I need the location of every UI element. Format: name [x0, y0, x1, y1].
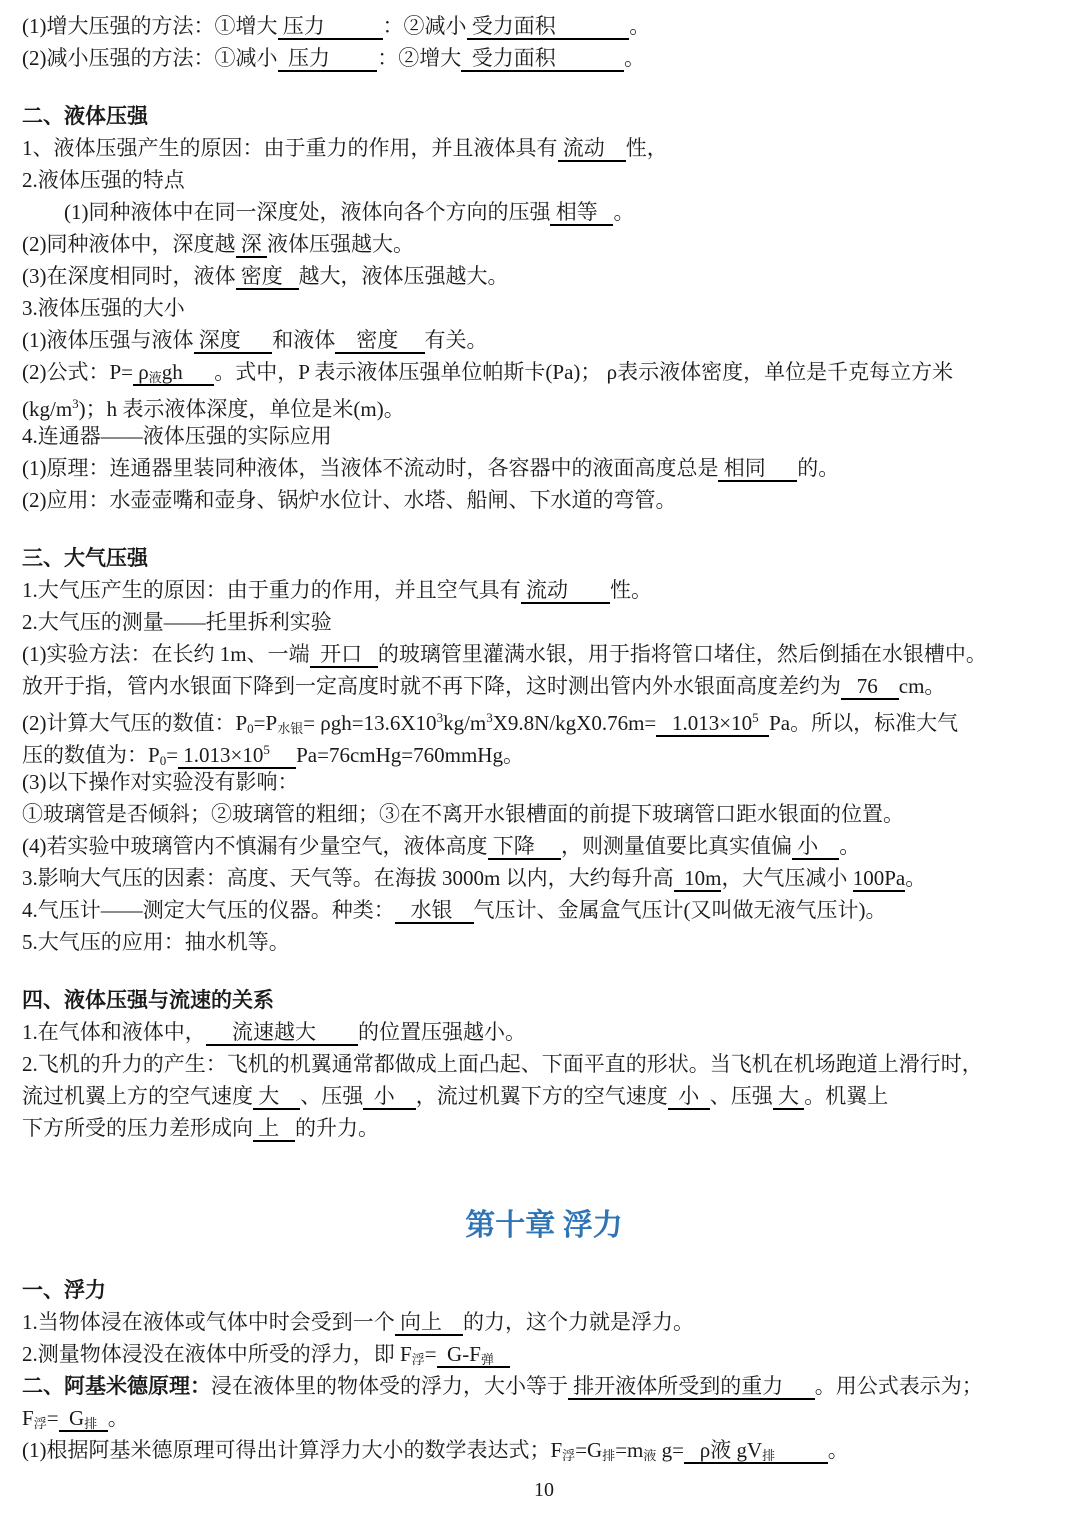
- para-feature-2: (2)同种液体中，深度越 深 液体压强越大。: [22, 228, 1066, 260]
- para-atm-factors: 3.影响大气压的因素：高度、天气等。在海拔 3000m 以内，大约每升高 10m…: [22, 862, 1066, 894]
- text-run: [97, 1406, 108, 1430]
- blank-answer: 76: [841, 674, 899, 700]
- text-run: 10m: [674, 866, 722, 890]
- para-experiment-method-2: 放开于指，管内水银面下降到一定高度时就不再下降，这时测出管内外水银面高度差约为 …: [22, 670, 1066, 702]
- blank-answer: 开口: [310, 642, 378, 668]
- blank-answer: 压力: [278, 14, 383, 40]
- text-run: 2.飞机的升力的产生：飞机的机翼通常都做成上面凸起、下面平直的形状。当飞机在机场…: [22, 1052, 983, 1076]
- text-run: 性，: [626, 136, 668, 160]
- para-feature-3: (3)在深度相同时，液体 密度 越大，液体压强越大。: [22, 260, 1066, 292]
- section-heading-atmospheric-pressure: 三、大气压强: [22, 542, 1066, 574]
- text-run: 、压强: [710, 1084, 773, 1108]
- para-decrease-pressure: (2)减小压强的方法：①减小 压力 ：②增大 受力面积 。: [22, 42, 1066, 74]
- text-run: 有关。: [425, 328, 488, 352]
- blank-answer: 流速越大: [206, 1020, 358, 1046]
- text-run: 气压计、金属盒气压计(又叫做无液气压计)。: [474, 898, 887, 922]
- blank-answer: G-F弹: [437, 1342, 510, 1368]
- para-liquid-pressure-features: 2.液体压强的特点: [22, 164, 1066, 196]
- para-communicating-vessel: 4.连通器——液体压强的实际应用: [22, 420, 1066, 452]
- blank-answer: 小: [363, 1084, 416, 1110]
- text-run: 1.在气体和液体中，: [22, 1020, 206, 1044]
- text-run: 4.气压计——测定大气压的仪器。种类：: [22, 898, 395, 922]
- text-run: (3)以下操作对实验没有影响：: [22, 770, 299, 794]
- blank-answer: G排: [59, 1406, 108, 1432]
- para-increase-pressure: (1)增大压强的方法：①增大 压力 ：②减小 受力面积 。: [22, 10, 1066, 42]
- text-run: 密度: [335, 328, 424, 352]
- text-run: 。: [108, 1406, 129, 1430]
- para-vessel-principle: (1)原理：连通器里装同种液体，当液体不流动时，各容器中的液面高度总是 相同 的…: [22, 452, 1066, 484]
- subscript-text: 弹: [481, 1352, 494, 1367]
- text-run: (1)根据阿基米德原理可得出计算浮力大小的数学表达式；F: [22, 1438, 562, 1462]
- para-atm-cause: 1.大气压产生的原因：由于重力的作用，并且空气具有 流动 性。: [22, 574, 1066, 606]
- text-run: (2)同种液体中，深度越: [22, 232, 236, 256]
- blank-answer: 上: [253, 1116, 295, 1142]
- text-run: 1.013×10: [178, 743, 263, 767]
- text-run: 。机翼上: [804, 1084, 888, 1108]
- text-run: Pa。所以，标准大气: [769, 711, 958, 735]
- para-archimedes-formula: F浮= G排 。: [22, 1402, 1066, 1434]
- text-run: 压力: [278, 14, 383, 38]
- para-pressure-factors: (1)液体压强与液体 深度 和液体 密度 有关。: [22, 324, 1066, 356]
- text-run: 液体压强越大。: [267, 232, 414, 256]
- text-run: (2)公式：P=: [22, 360, 133, 384]
- section-heading-pressure-flow: 四、液体压强与流速的关系: [22, 984, 1066, 1016]
- subscript-text: 液: [643, 1448, 656, 1463]
- text-run: 大: [253, 1084, 300, 1108]
- text-run: G: [59, 1406, 85, 1430]
- text-run: 。: [905, 866, 926, 890]
- text-run: (1)实验方法：在长约 1m、一端: [22, 642, 310, 666]
- text-run: 2.大气压的测量——托里拆利实验: [22, 610, 332, 634]
- page-number: 10: [22, 1474, 1066, 1506]
- text-run: 。: [629, 14, 650, 38]
- para-pressure-formula: (2)公式：P= ρ液gh 。式中，P 表示液体压强单位帕斯卡(Pa)； ρ表示…: [22, 356, 1066, 388]
- text-run: (1)增大压强的方法：①增大: [22, 14, 278, 38]
- text-run: =P: [254, 711, 278, 735]
- blank-answer: 相等: [550, 200, 613, 226]
- text-run: 的升力。: [295, 1116, 379, 1140]
- blank-answer: 大: [773, 1084, 805, 1110]
- text-run: 。: [839, 834, 860, 858]
- text-run: [494, 1342, 510, 1366]
- text-run: 压力: [278, 46, 378, 70]
- text-run: ，流过机翼下方的空气速度: [416, 1084, 668, 1108]
- para-no-effect-intro: (3)以下操作对实验没有影响：: [22, 766, 1066, 798]
- text-run: 2.液体压强的特点: [22, 168, 185, 192]
- text-run: [775, 1438, 828, 1462]
- text-run: 的玻璃管里灌满水银，用于指将管口堵住，然后倒插在水银槽中。: [378, 642, 987, 666]
- blank-answer: 小: [792, 834, 839, 860]
- para-buoyancy-definition: 1.当物体浸在液体或气体中时会受到一个 向上 的力，这个力就是浮力。: [22, 1306, 1066, 1338]
- text-run: 受力面积: [467, 14, 630, 38]
- text-run: 1.大气压产生的原因：由于重力的作用，并且空气具有: [22, 578, 521, 602]
- text-run: 5.大气压的应用：抽水机等。: [22, 930, 290, 954]
- text-run: cm。: [899, 674, 946, 698]
- text-run: ，则测量值要比真实值偏: [561, 834, 792, 858]
- text-run: =m: [615, 1438, 643, 1462]
- text-run: 第十章 浮力: [465, 1209, 623, 1242]
- para-atm-measurement: 2.大气压的测量——托里拆利实验: [22, 606, 1066, 638]
- text-run: ρ液 gV: [684, 1438, 762, 1462]
- blank-answer: 流动: [521, 578, 610, 604]
- text-run: G-F: [437, 1342, 481, 1366]
- text-run: (1)同种液体中在同一深度处，液体向各个方向的压强: [64, 200, 550, 224]
- text-run: 越大，液体压强越大。: [299, 264, 509, 288]
- text-run: )；h 表示液体深度，单位是米(m)。: [79, 397, 405, 421]
- para-air-leak: (4)若实验中玻璃管内不慎漏有少量空气，液体高度 下降 ，则测量值要比真实值偏 …: [22, 830, 1066, 862]
- text-run: X9.8N/kgX0.76m=: [493, 711, 657, 735]
- text-run: 流速越大: [206, 1020, 358, 1044]
- blank-answer: 深: [236, 232, 268, 258]
- text-run: 100Pa: [853, 866, 906, 890]
- document-page: (1)增大压强的方法：①增大 压力 ：②减小 受力面积 。(2)减小压强的方法：…: [0, 0, 1080, 1518]
- para-airplane-lift-2: 流过机翼上方的空气速度 大 、压强 小 ，流过机翼下方的空气速度 小 、压强 大…: [22, 1080, 1066, 1112]
- section-heading-liquid-pressure: 二、液体压强: [22, 100, 1066, 132]
- text-run: 3.影响大气压的因素：高度、天气等。在海拔 3000m 以内，大约每升高: [22, 866, 674, 890]
- text-run: ρ: [133, 360, 149, 384]
- blank-answer: 密度: [335, 328, 424, 354]
- text-run: 下降: [488, 834, 562, 858]
- subscript-text: 排: [762, 1448, 775, 1463]
- para-buoyancy-measure: 2.测量物体浸没在液体中所受的浮力，即 F浮= G-F弹: [22, 1338, 1066, 1370]
- document-body: (1)增大压强的方法：①增大 压力 ：②减小 受力面积 。(2)减小压强的方法：…: [22, 10, 1066, 1506]
- text-run: [270, 743, 296, 767]
- text-run: (2)计算大气压的数值：P: [22, 711, 247, 735]
- text-run: 开口: [310, 642, 378, 666]
- para-feature-1: (1)同种液体中在同一深度处，液体向各个方向的压强 相等 。: [22, 196, 1066, 228]
- para-no-effect-items: ①玻璃管是否倾斜；②玻璃管的粗细；③在不离开水银槽面的前提下玻璃管口距水银面的位…: [22, 798, 1066, 830]
- text-run: 。: [613, 200, 634, 224]
- text-run: 向上: [395, 1310, 463, 1334]
- text-run: 小: [363, 1084, 416, 1108]
- para-liquid-pressure-size: 3.液体压强的大小: [22, 292, 1066, 324]
- text-run: =G: [575, 1438, 602, 1462]
- subscript-text: 浮: [562, 1448, 575, 1463]
- blank-answer: 排开液体所受到的重力: [568, 1374, 815, 1400]
- subscript-text: 排: [602, 1448, 615, 1463]
- text-run: 。用公式表示为；: [815, 1374, 983, 1398]
- text-run: 10: [534, 1479, 554, 1501]
- para-vessel-applications: (2)应用：水壶壶嘴和壶身、锅炉水位计、水塔、船闸、下水道的弯管。: [22, 484, 1066, 516]
- text-run: 。: [828, 1438, 849, 1462]
- text-run: (2)应用：水壶壶嘴和壶身、锅炉水位计、水塔、船闸、下水道的弯管。: [22, 488, 676, 512]
- text-run: 1、液体压强产生的原因：由于重力的作用，并且液体具有: [22, 136, 558, 160]
- blank-answer: 向上: [395, 1310, 463, 1336]
- blank-answer: 下降: [488, 834, 562, 860]
- para-pressure-formula-units: (kg/m3)；h 表示液体深度，单位是米(m)。: [22, 388, 1066, 420]
- bold-text-run: 四、液体压强与流速的关系: [22, 988, 274, 1012]
- text-run: ：②减小: [383, 14, 467, 38]
- para-airplane-lift-3: 下方所受的压力差形成向 上 的升力。: [22, 1112, 1066, 1144]
- text-run: kg/m: [443, 711, 486, 735]
- text-run: (1)液体压强与液体: [22, 328, 194, 352]
- text-run: 浸在液体里的物体受的浮力，大小等于: [211, 1374, 568, 1398]
- text-run: (kg/m: [22, 397, 72, 421]
- text-run: = ρgh=13.6X10: [303, 711, 436, 735]
- para-barometer: 4.气压计——测定大气压的仪器。种类： 水银 气压计、金属盒气压计(又叫做无液气…: [22, 894, 1066, 926]
- text-run: 。式中，P 表示液体压强单位帕斯卡(Pa)； ρ表示液体密度，单位是千克每立方米: [214, 360, 953, 384]
- text-run: ：②增大: [377, 46, 461, 70]
- para-liquid-pressure-cause: 1、液体压强产生的原因：由于重力的作用，并且液体具有 流动 性，: [22, 132, 1066, 164]
- para-flow-speed: 1.在气体和液体中， 流速越大 的位置压强越小。: [22, 1016, 1066, 1048]
- subscript-text: 浮: [34, 1416, 47, 1431]
- blank-answer: 水银: [395, 898, 474, 924]
- text-run: 76: [841, 674, 899, 698]
- bold-text-run: 二、液体压强: [22, 104, 148, 128]
- para-airplane-lift-1: 2.飞机的升力的产生：飞机的机翼通常都做成上面凸起、下面平直的形状。当飞机在机场…: [22, 1048, 1066, 1080]
- text-run: 。: [624, 46, 645, 70]
- text-run: 流动: [558, 136, 626, 160]
- text-run: 小: [792, 834, 839, 858]
- text-run: 1.当物体浸在液体或气体中时会受到一个: [22, 1310, 395, 1334]
- blank-answer: 1.013×105: [656, 711, 769, 737]
- subscript-text: 排: [84, 1416, 97, 1431]
- text-run: 的位置压强越小。: [358, 1020, 526, 1044]
- para-experiment-method: (1)实验方法：在长约 1m、一端 开口 的玻璃管里灌满水银，用于指将管口堵住，…: [22, 638, 1066, 670]
- text-run: (2)减小压强的方法：①减小: [22, 46, 278, 70]
- blank-answer: 大: [253, 1084, 300, 1110]
- text-run: ①玻璃管是否倾斜；②玻璃管的粗细；③在不离开水银槽面的前提下玻璃管口距水银面的位…: [22, 802, 904, 826]
- text-run: 相同: [718, 456, 797, 480]
- text-run: (4)若实验中玻璃管内不慎漏有少量空气，液体高度: [22, 834, 488, 858]
- section-heading-buoyancy: 一、浮力: [22, 1274, 1066, 1306]
- text-run: 压的数值为：P: [22, 743, 160, 767]
- blank-answer: 小: [668, 1084, 710, 1110]
- text-run: 流动: [521, 578, 610, 602]
- blank-answer: 压力: [278, 46, 378, 72]
- text-run: (1)原理：连通器里装同种液体，当液体不流动时，各容器中的液面高度总是: [22, 456, 718, 480]
- bold-text-run: 二、阿基米德原理：: [22, 1374, 211, 1398]
- text-run: 1.013×10: [656, 711, 752, 735]
- para-archimedes-expression: (1)根据阿基米德原理可得出计算浮力大小的数学表达式；F浮=G排=m液 g= ρ…: [22, 1434, 1066, 1466]
- text-run: 排开液体所受到的重力: [568, 1374, 815, 1398]
- subscript-text: 液: [149, 370, 162, 385]
- blank-answer: 密度: [236, 264, 299, 290]
- blank-answer: 受力面积: [467, 14, 630, 40]
- text-run: 2.测量物体浸没在液体中所受的浮力，即 F: [22, 1342, 412, 1366]
- blank-answer: ρ液 gV排: [684, 1438, 828, 1464]
- subscript-text: 浮: [412, 1352, 425, 1367]
- chapter-heading-buoyancy: 第十章 浮力: [22, 1204, 1066, 1248]
- text-run: 放开于指，管内水银面下降到一定高度时就不再下降，这时测出管内外水银面高度差约为: [22, 674, 841, 698]
- text-run: [759, 711, 770, 735]
- text-run: 流过机翼上方的空气速度: [22, 1084, 253, 1108]
- text-run: 深度: [194, 328, 273, 352]
- text-run: 小: [668, 1084, 710, 1108]
- text-run: 3.液体压强的大小: [22, 296, 185, 320]
- para-archimedes-principle: 二、阿基米德原理：浸在液体里的物体受的浮力，大小等于 排开液体所受到的重力 。用…: [22, 1370, 1066, 1402]
- text-run: 的。: [797, 456, 839, 480]
- text-run: 的力，这个力就是浮力。: [463, 1310, 694, 1334]
- text-run: gh: [162, 360, 215, 384]
- text-run: ，大气压减小: [721, 866, 852, 890]
- text-run: 深: [236, 232, 268, 256]
- blank-answer: 相同: [718, 456, 797, 482]
- blank-answer: 100Pa: [853, 866, 906, 892]
- text-run: g=: [656, 1438, 684, 1462]
- text-run: 受力面积: [461, 46, 624, 70]
- text-run: 和液体: [272, 328, 335, 352]
- para-atm-calculation: (2)计算大气压的数值：P0=P水银= ρgh=13.6X103kg/m3X9.…: [22, 702, 1066, 734]
- para-atm-calculation-2: 压的数值为：P0= 1.013×105 Pa=76cmHg=760mmHg。: [22, 734, 1066, 766]
- text-run: =: [166, 743, 178, 767]
- text-run: 密度: [236, 264, 299, 288]
- text-run: 、压强: [300, 1084, 363, 1108]
- blank-answer: 10m: [674, 866, 722, 892]
- text-run: 上: [253, 1116, 295, 1140]
- bold-text-run: 一、浮力: [22, 1278, 106, 1302]
- blank-answer: 流动: [558, 136, 626, 162]
- text-run: 大: [773, 1084, 805, 1108]
- text-run: (3)在深度相同时，液体: [22, 264, 236, 288]
- text-run: 下方所受的压力差形成向: [22, 1116, 253, 1140]
- text-run: F: [22, 1406, 34, 1430]
- blank-answer: 受力面积: [461, 46, 624, 72]
- para-atm-application: 5.大气压的应用：抽水机等。: [22, 926, 1066, 958]
- blank-answer: ρ液gh: [133, 360, 214, 386]
- text-run: 水银: [395, 898, 474, 922]
- text-run: 相等: [550, 200, 613, 224]
- text-run: =: [425, 1342, 437, 1366]
- bold-text-run: 三、大气压强: [22, 546, 148, 570]
- text-run: Pa=76cmHg=760mmHg。: [296, 743, 524, 767]
- text-run: 4.连通器——液体压强的实际应用: [22, 424, 332, 448]
- text-run: 性。: [610, 578, 652, 602]
- blank-answer: 深度: [194, 328, 273, 354]
- text-run: =: [47, 1406, 59, 1430]
